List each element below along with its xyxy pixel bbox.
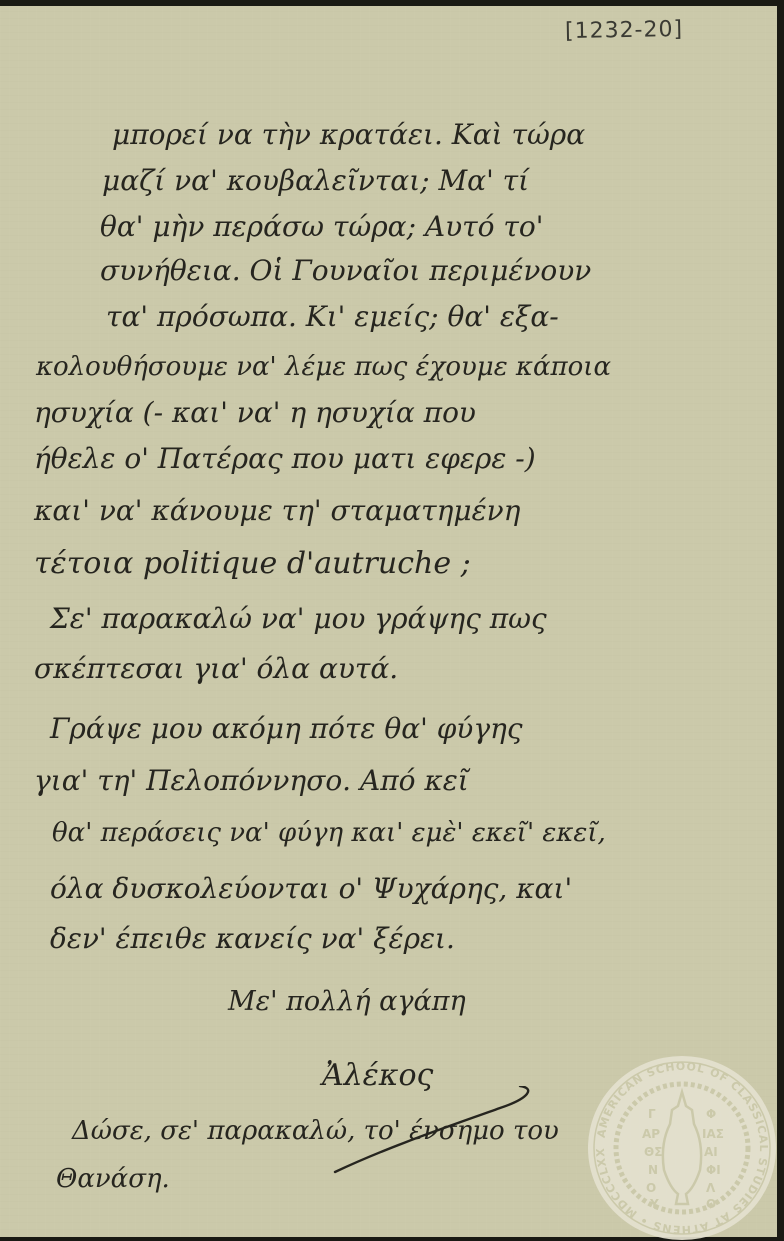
letter-line-5: τα' πρόσωπα. Κι' εμείς; θα' εξα- (106, 300, 559, 333)
letter-line-1: μπορεί να τὴν κρατάει. Καὶ τώρα (112, 118, 585, 151)
letter-line-7: ησυχία (- και' να' η ησυχία που (34, 396, 476, 429)
svg-text:ΦΙ: ΦΙ (706, 1163, 721, 1177)
letter-line-3: θα' μὴν περάσω τώρα; Αυτό το' (100, 210, 543, 243)
letter-line-16: όλα δυσκολεύονται ο' Ψυχάρης, και' (50, 872, 572, 905)
svg-text:Ο: Ο (646, 1181, 656, 1195)
svg-text:ΙΑΣ: ΙΑΣ (702, 1127, 724, 1141)
letter-line-2: μαζί να' κουβαλεῖνται; Μα' τί (102, 164, 529, 197)
letter-line-17: δεν' έπειθε κανείς να' ξέρει. (50, 922, 455, 955)
postscript-line-2: Θανάση. (56, 1164, 170, 1194)
letter-page: [1232-20] μπορεί να τὴν κρατάει. Καὶ τώρ… (0, 6, 777, 1237)
svg-text:Φ: Φ (706, 1107, 716, 1121)
svg-text:ΘΣ: ΘΣ (644, 1145, 662, 1159)
letter-line-6: κολουθήσουμε να' λέμε πως έχουμε κάποια (36, 352, 611, 382)
letter-line-13: Γράψε μου ακόμη πότε θα' φύγης (50, 712, 523, 745)
letter-line-11: Σε' παρακαλώ να' μου γράψης πως (50, 602, 547, 635)
svg-text:Υ: Υ (649, 1197, 659, 1211)
letter-line-12: σκέπτεσαι για' όλα αυτά. (34, 652, 398, 685)
letter-line-4: συνήθεια. Οἱ Γουναῖοι περιμένουν (100, 254, 591, 287)
svg-text:ΑΡ: ΑΡ (642, 1127, 660, 1141)
letter-line-8: ήθελε ο' Πατέρας που ματι εφερε -) (34, 442, 536, 475)
archive-id: [1232-20] (565, 17, 684, 44)
svg-text:Γ: Γ (648, 1107, 656, 1121)
svg-text:Λ: Λ (706, 1181, 716, 1195)
letter-line-14: για' τη' Πελοπόννησο. Από κεῖ (34, 764, 469, 797)
letter-line-10: τέτοια politique d'autruche ; (34, 546, 471, 581)
letter-line-15: θα' περάσεις να' φύγη και' εμὲ' εκεῖ' εκ… (52, 818, 606, 848)
svg-text:Ο: Ο (706, 1197, 716, 1211)
letter-line-9: και' να' κάνουμε τη' σταματημένη (34, 494, 520, 527)
institution-seal: AMERICAN SCHOOL OF CLASSICAL STUDIES AT … (586, 1054, 778, 1241)
postscript-line-1: Δώσε, σε' παρακαλώ, το' ένσημο του (72, 1116, 559, 1146)
closing-line: Με' πολλή αγάπη (228, 986, 466, 1017)
svg-text:ΑΙ: ΑΙ (704, 1145, 718, 1159)
svg-text:Ν: Ν (648, 1163, 658, 1177)
